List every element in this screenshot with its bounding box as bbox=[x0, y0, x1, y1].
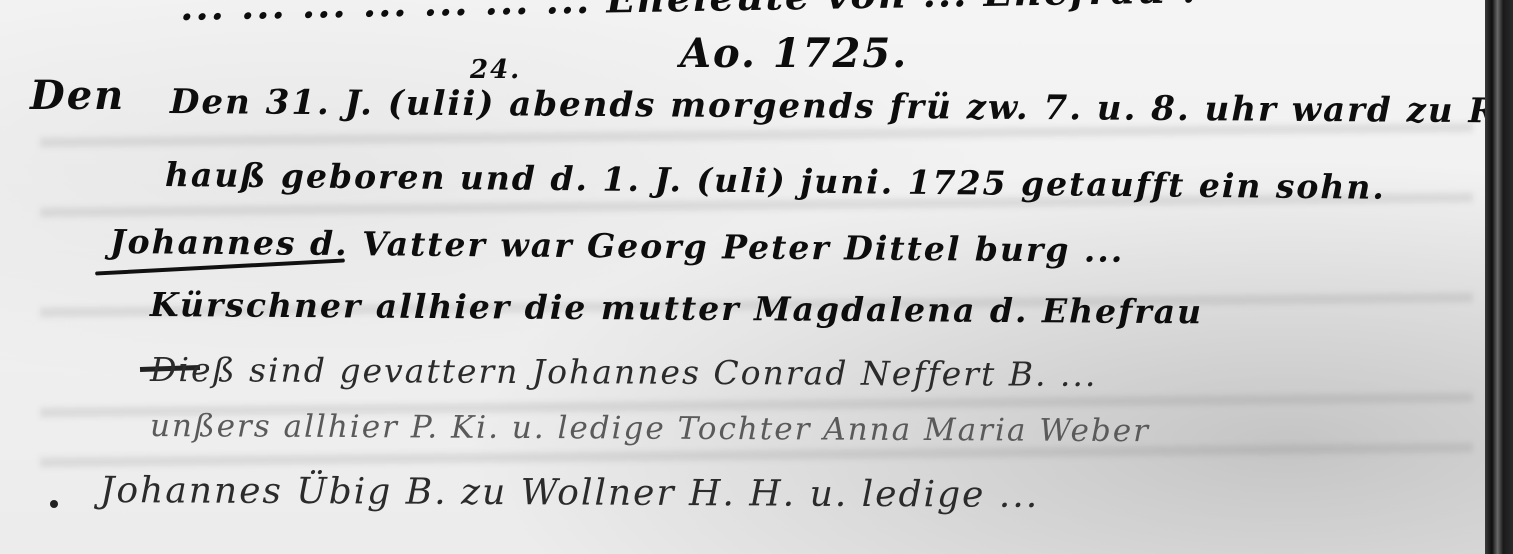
cut-off-top-line: ... ... ... ... ... ... ... Eheleute von… bbox=[180, 0, 1198, 29]
page-binding-edge bbox=[1485, 0, 1513, 554]
line-2: hauß geboren und d. 1. J. (uli) juni. 17… bbox=[165, 155, 1386, 207]
line-1: Den 31. J. (ulii) abends morgends frü zw… bbox=[170, 82, 1513, 132]
entry-number: 24. bbox=[470, 55, 521, 85]
line-7: Johannes Übig B. zu Wollner H. H. u. led… bbox=[100, 470, 1039, 516]
margin-dot bbox=[50, 500, 58, 508]
register-page: ... ... ... ... ... ... ... Eheleute von… bbox=[0, 0, 1513, 554]
line-6: unßers allhier P. Ki. u. ledige Tochter … bbox=[150, 408, 1150, 449]
line-4: Kürschner allhier die mutter Magdalena d… bbox=[150, 285, 1203, 331]
margin-label: Den bbox=[30, 72, 125, 119]
line-5: Dieß sind gevattern Johannes Conrad Neff… bbox=[150, 350, 1098, 394]
year-header: Ao. 1725. bbox=[680, 30, 908, 77]
